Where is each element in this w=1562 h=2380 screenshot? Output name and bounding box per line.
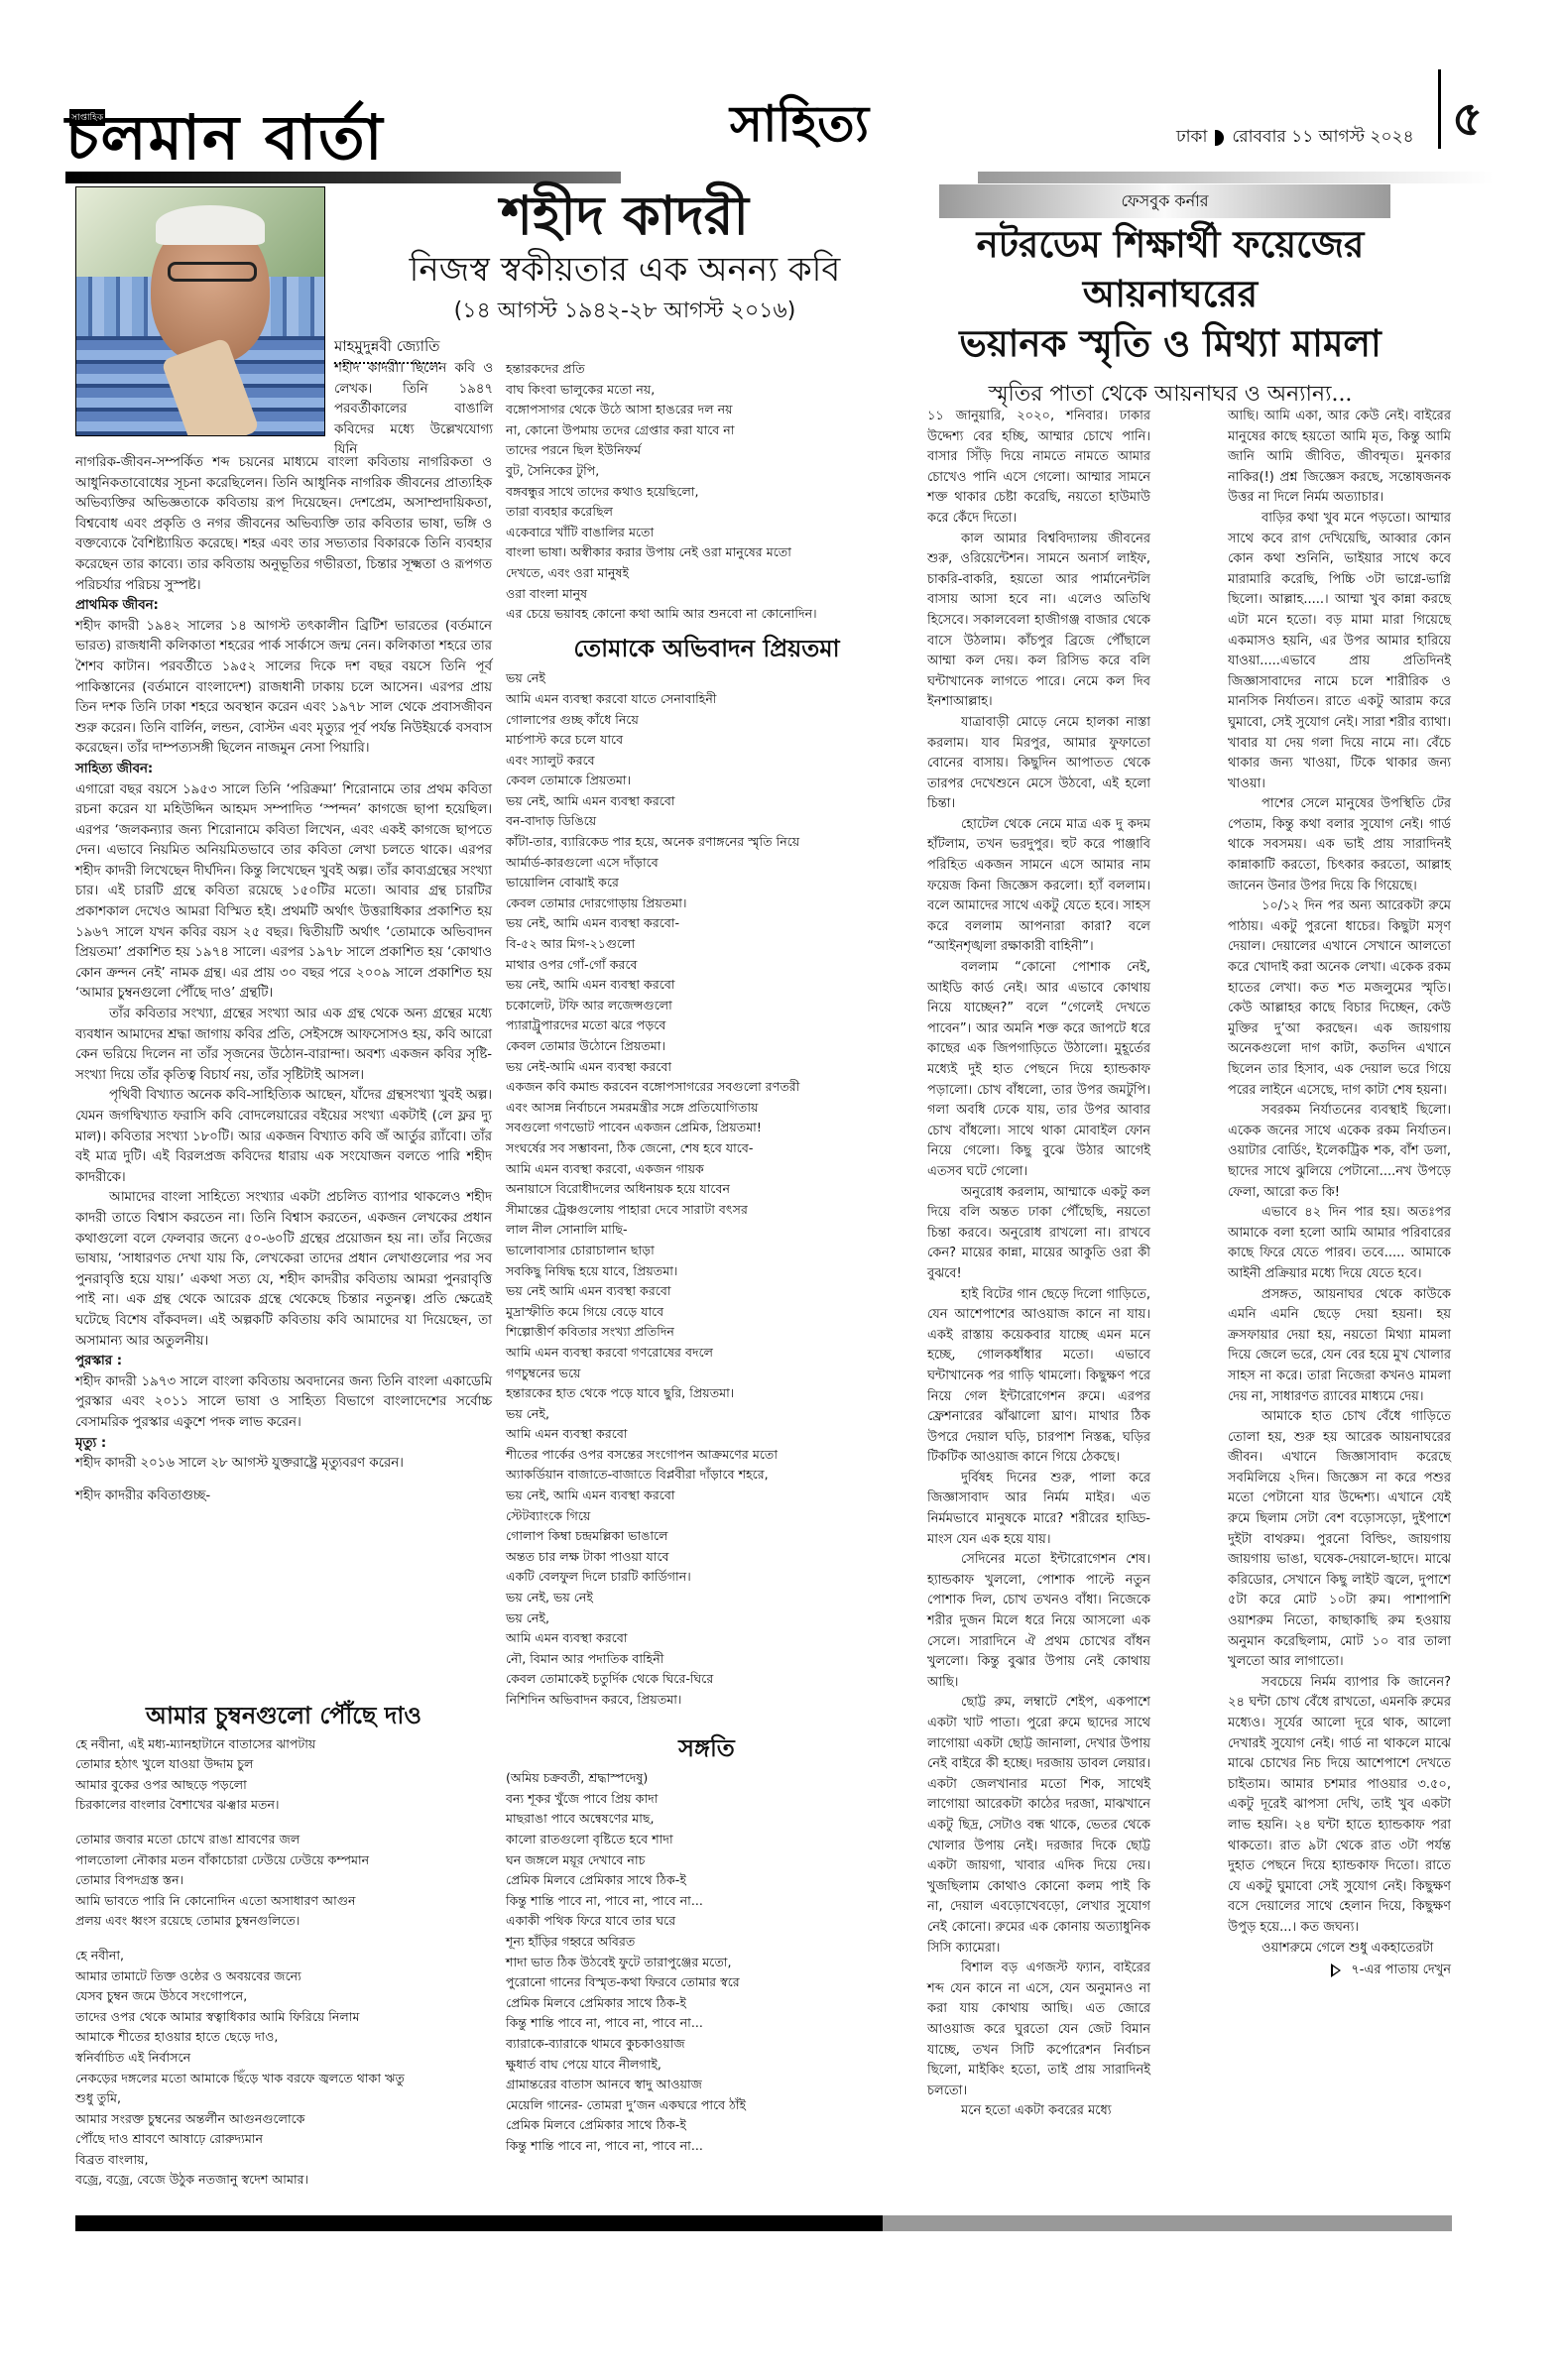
poem-line: ব্যারাকে-ব্যারাকে থামবে কুচকাওয়াজ <box>506 2034 907 2055</box>
poem-line: প্রেমিক মিলবে প্রেমিকার সাথে ঠিক-ই <box>506 1993 907 2014</box>
paragraph: এভাবে ৪২ দিন পার হয়। অতঃপর আমাকে বলা হল… <box>1228 1203 1451 1284</box>
poem-line: কেবল তোমাকেই চতুর্দিক থেকে ঘিরে-ঘিরে <box>506 1669 907 1690</box>
poem-line: আমার বুকের ওপর আছড়ে পড়লো <box>75 1775 492 1796</box>
poem-line: শূন্য হাঁড়ির গহ্বরে অবিরত <box>506 1932 907 1953</box>
paragraph: শহীদ কাদরী ২০১৬ সালে ২৮ আগস্ট যুক্তরাষ্ট… <box>75 1454 492 1475</box>
poem-line: ভয় নেই <box>506 668 907 689</box>
continued-text: ৭-এর পাতায় দেখুন <box>1351 1963 1451 1977</box>
poem-line: না, কোনো উপমায় তদের গ্রেপ্তার করা যাবে … <box>506 420 907 441</box>
continued-link[interactable]: ৭-এর পাতায় দেখুন <box>1228 1961 1451 1981</box>
poem-line: নেকড়ের দঙ্গলের মতো আমাকে ছিঁড়ে খাক বরফ… <box>75 2069 492 2089</box>
poem-title: সঙ্গতি <box>506 1738 907 1759</box>
poem-line: তাদের ওপর থেকে আমার স্বত্বাধিকার আমি ফির… <box>75 2007 492 2028</box>
logo-weekly-tag: সাপ্তাহিক <box>69 109 105 126</box>
poem-line: অন্তত চার লক্ষ টাকা পাওয়া যাবে <box>506 1547 907 1568</box>
poem-line: ভয় নেই, আমি এমন ব্যবস্থা করবো- <box>506 913 907 934</box>
article2-column-2: আছি। আমি একা, আর কেউ নেই। বাইরের মানুষের… <box>1228 407 1451 1981</box>
poem-line: প্রলয় এবং ধ্বংস রয়েছে তোমার চুম্বনগুলি… <box>75 1911 492 1932</box>
poem-line: কিন্তু শান্তি পাবে না, পাবে না, পাবে না.… <box>506 2136 907 2157</box>
poem-line: পৌঁছে দাও শ্রাবণে আষাঢ়ে রোরুদ্যমান <box>75 2129 492 2150</box>
paragraph: বললাম “কোনো পোশাক নেই, আইডি কার্ড নেই। আ… <box>927 958 1150 1183</box>
masthead: সাপ্তাহিক চলমান বার্তা সাহিত্য ঢাকা রোবব… <box>65 69 1494 178</box>
poem-line: অ্যাকর্ডিয়ান বাজাতে-বাজাতে বিপ্লবীরা দা… <box>506 1465 907 1486</box>
paragraph: প্রসঙ্গত, আয়নাঘর থেকে কাউকে এমনি এমনি ছ… <box>1228 1285 1451 1408</box>
poem-line: তোমার জবার মতো চোখে রাঙা শ্রাবণের জল <box>75 1830 492 1850</box>
poem-line: কালো রাতগুলো বৃষ্টিতে হবে শাদা <box>506 1830 907 1850</box>
poem-line: আমাকে শীতের হাওয়ার হাতে ছেড়ে দাও, <box>75 2027 492 2048</box>
poem-line: একটি বেলফুল দিলে চারটি কার্ডিগান। <box>506 1567 907 1588</box>
poem-songoti: বন্য শূকর খুঁজে পাবে প্রিয় কাদামাছরাঙা … <box>506 1789 907 2157</box>
poem-line: প্রেমিক মিলবে প্রেমিকার সাথে ঠিক-ই <box>506 2115 907 2136</box>
paragraph: আছি। আমি একা, আর কেউ নেই। বাইরের মানুষের… <box>1228 407 1451 509</box>
paragraph: আমাদের বাংলা সাহিত্যে সংখ্যার একটা প্রচল… <box>75 1188 492 1352</box>
page-number-divider <box>1438 69 1441 149</box>
article1-subhead: নিজস্ব স্বকীয়তার এক অনন্য কবি <box>337 249 912 292</box>
article1-body: নাগরিক-জীবন-সম্পর্কিত শব্দ চয়নের মাধ্যম… <box>75 453 492 1506</box>
poem-line: ভয় নেই-আমি এমন ব্যবস্থা করবো <box>506 1057 907 1078</box>
footer-rule-grey <box>883 2215 1452 2231</box>
poem-line: বুট, সৈনিকের টুপি, <box>506 461 907 482</box>
half-circle-marker-icon <box>1215 130 1224 146</box>
poem-line: হন্তারকদের প্রতি <box>506 359 907 380</box>
poem-line: ভায়োলিন বোঝাই করে <box>506 873 907 893</box>
poem-line: তারা ব্যবহার করেছিল <box>506 502 907 523</box>
poem-line: এবং স্যালুট করবে <box>506 751 907 772</box>
paragraph: ছোট্ট রুম, লম্বাটে শেইপ, একপাশে একটা খাট… <box>927 1693 1150 1959</box>
dateline: ঢাকা রোববার ১১ আগস্ট ২০২৪ <box>1176 124 1414 152</box>
poem-line: হে নবীনা, এই মধ্য-ম্যানহাটানে বাতাসের ঝা… <box>75 1734 492 1755</box>
poem-line: ভয় নেই, <box>506 1404 907 1425</box>
poem-line: তোমার বিপদগ্রস্ত স্তন। <box>75 1870 492 1891</box>
poem-line: বি-৫২ আর মিগ-২১গুলো <box>506 934 907 955</box>
poem-line: সংঘর্ষের সব সম্ভাবনা, ঠিক জেনো, শেষ হবে … <box>506 1138 907 1159</box>
poem-line: শিল্পোত্তীর্ণ কবিতার সংখ্যা প্রতিদিন <box>506 1322 907 1343</box>
facebook-corner-banner: ফেসবুক কর্নার <box>939 184 1390 218</box>
poem-tomake-obhibadon: ভয় নেইআমি এমন ব্যবস্থা করবো যাতে সেনাবা… <box>506 668 907 1710</box>
paragraph: বিশাল বড় এগজস্ট ফ্যান, বাইরের শব্দ যেন … <box>927 1959 1150 2101</box>
poem-line: দেখতে, এবং ওরা মানুষই <box>506 563 907 584</box>
paragraph: সেদিনের মতো ইন্টারোগেশন শেষ। হ্যান্ডকাফ … <box>927 1550 1150 1693</box>
poem-line: ভয় নেই আমি এমন ব্যবস্থা করবো <box>506 1281 907 1302</box>
poem-line: নৌ, বিমান আর পদাতিক বাহিনী <box>506 1649 907 1670</box>
poem-line: বাঘ কিংবা ভালুকের মতো নয়, <box>506 380 907 401</box>
article2-headline-line1: নটরডেম শিক্ষার্থী ফয়েজের আয়নাঘরের <box>912 220 1428 319</box>
poem-line: চিরকালের বাংলার বৈশাখের ঝঞ্ঝার মতন। <box>75 1795 492 1816</box>
section-heading: পুরস্কার : <box>75 1352 492 1372</box>
paragraph: এগারো বছর বয়সে ১৯৫৩ সালে তিনি ‘পরিক্রমা… <box>75 780 492 1006</box>
section-heading: সাহিত্য জীবন: <box>75 760 492 780</box>
poem-line: ওরা বাংলা মানুষ <box>506 584 907 605</box>
article2-headline-line2: ভয়ানক স্মৃতি ও মিথ্যা মামলা <box>912 319 1428 369</box>
poem-line: একাকী পথিক ফিরে যাবে তার ঘরে <box>506 1911 907 1932</box>
poem-line: শীতের পার্কের ওপর বসন্তের সংগোপন আক্রমণে… <box>506 1445 907 1466</box>
poem-line: মার্চপাস্ট করে চলে যাবে <box>506 730 907 751</box>
poem-line: গণচুম্বনের ভয়ে <box>506 1364 907 1384</box>
paragraph: মনে হতো একটা কবরের মধ্যে <box>927 2101 1150 2122</box>
poem-line: স্বনির্বাচিত এই নির্বাসনে <box>75 2048 492 2069</box>
article1-headline-block: শহীদ কাদরী নিজস্ব স্বকীয়তার এক অনন্য কব… <box>337 186 912 330</box>
poem-line: আমি এমন ব্যবস্থা করবো <box>506 1424 907 1445</box>
poem-line: প্যারাট্রুপারদের মতো ঝরে পড়বে <box>506 1015 907 1036</box>
paragraph: তাঁর কবিতার সংখ্যা, গ্রন্থের সংখ্যা আর এ… <box>75 1005 492 1086</box>
poem-line: আমি এমন ব্যবস্থা করবো যাতে সেনাবাহিনী <box>506 689 907 710</box>
poem-line: মুদ্রাস্ফীতি কমে গিয়ে বেড়ে যাবে <box>506 1302 907 1323</box>
paragraph: আমাকে হাত চোখ বেঁধে গাড়িতে তোলা হয়, শু… <box>1228 1407 1451 1673</box>
poem-line: বঙ্গবন্ধুর সাথে তাদের কথাও হয়েছিলো, <box>506 482 907 503</box>
author-photo <box>75 186 325 436</box>
article1-dates: (১৪ আগস্ট ১৯৪২-২৮ আগস্ট ২০১৬) <box>337 294 912 330</box>
poem-line: ভয় নেই, আমি এমন ব্যবস্থা করবো <box>506 791 907 812</box>
poem-line: প্রেমিক মিলবে প্রেমিকার সাথে ঠিক-ই <box>506 1870 907 1891</box>
paragraph: অনুরোধ করলাম, আম্মাকে একটু কল দিয়ে বলি … <box>927 1183 1150 1285</box>
article2-column-1: ১১ জানুয়ারি, ২০২০, শনিবার। ঢাকার উদ্দেশ… <box>927 407 1150 2122</box>
poem-line: গ্রামান্তরের বাতাস আনবে স্বাদু আওয়াজ <box>506 2075 907 2095</box>
poem-line: ভয় নেই, ভয় নেই <box>506 1588 907 1608</box>
poem-line: ভয় নেই, আমি এমন ব্যবস্থা করবো <box>506 1486 907 1506</box>
logo-text: চলমান বার্তা <box>65 107 385 169</box>
paragraph: শহীদ কাদরী ১৯৪২ সালের ১৪ আগস্ট তৎকালীন ব… <box>75 617 492 760</box>
glasses-shape <box>168 262 257 282</box>
newspaper-logo[interactable]: সাপ্তাহিক চলমান বার্তা <box>65 79 385 169</box>
poem-line: বঙ্গোপসাগর থেকে উঠে আসা হাঙরের দল নয় <box>506 400 907 420</box>
article1-intro-short: শহীদ কাদরী। ছিলেন কবি ও লেখক। তিনি ১৯৪৭ … <box>334 359 493 461</box>
article1-headline: শহীদ কাদরী <box>337 186 912 245</box>
poem-line: বিব্রত বাংলায়, <box>75 2150 492 2171</box>
poem-line: অনায়াসে বিরোধীদলের অধিনায়ক হয়ে যাবেন <box>506 1179 907 1200</box>
paragraph: পাশের সেলে মানুষের উপস্থিতি টের পেতাম, ক… <box>1228 794 1451 896</box>
poem-body: হে নবীনা, এই মধ্য-ম্যানহাটানে বাতাসের ঝা… <box>75 1734 492 2191</box>
poem-line: ঘন জঙ্গলে ময়ূর দেখাবে নাচ <box>506 1850 907 1871</box>
paragraph: যাত্রাবাড়ী মোড়ে নেমে হালকা নাস্তা করলা… <box>927 713 1150 815</box>
poem-line: বন্য শূকর খুঁজে পাবে প্রিয় কাদা <box>506 1789 907 1810</box>
masthead-rule-right <box>978 172 1494 183</box>
paragraph: ১১ জানুয়ারি, ২০২০, শনিবার। ঢাকার উদ্দেশ… <box>927 407 1150 530</box>
poem-line: কিন্তু শান্তি পাবে না, পাবে না, পাবে না.… <box>506 1891 907 1912</box>
poem-line: মেয়েলি গানের- তোমরা দু’জন একঘরে পাবে ঠা… <box>506 2095 907 2116</box>
poem-line: লাল নীল সোনালি মাছি- <box>506 1220 907 1241</box>
poem-line: সবকিছু নিষিদ্ধ হয়ে যাবে, প্রিয়তমা। <box>506 1261 907 1282</box>
poem-line: গোলাপ কিম্বা চন্দ্রমল্লিকা ভাঙালে <box>506 1526 907 1547</box>
paragraph: পৃথিবী বিখ্যাত অনেক কবি-সাহিত্যিক আছেন, … <box>75 1086 492 1188</box>
section-title: সাহিত্য <box>730 87 869 170</box>
poem-line: কেবল তোমার উঠোনে প্রিয়তমা। <box>506 1036 907 1057</box>
paragraph: শহীদ কাদরী ১৯৭৩ সালে বাংলা কবিতায় অবদান… <box>75 1372 492 1434</box>
poem-title: তোমাকে অভিবাদন প্রিয়তমা <box>506 639 907 659</box>
poem-line: এর চেয়ে ভয়াবহ কোনো কথা আমি আর শুনবো না… <box>506 604 907 625</box>
poem-line: যেসব চুম্বন জমে উঠবে সংগোপনে, <box>75 1986 492 2007</box>
paragraph: দুর্বিষহ দিনের শুরু, পালা করে জিজ্ঞাসাবা… <box>927 1469 1150 1550</box>
section-heading: প্রাথমিক জীবন: <box>75 596 492 617</box>
poem-line: কেবল তোমার দোরগোড়ায় প্রিয়তমা। <box>506 893 907 914</box>
poem-line: কেবল তোমাকে প্রিয়তমা। <box>506 771 907 791</box>
poem-line: ভয় নেই, আমি এমন ব্যবস্থা করবো <box>506 975 907 996</box>
dateline-city: ঢাকা <box>1176 124 1207 152</box>
paragraph: কাল আমার বিশ্ববিদ্যালয় জীবনের শুরু, ওরি… <box>927 530 1150 713</box>
poem-line: হে নবীনা, <box>75 1946 492 1966</box>
poem-line: আর্মার্ড-কারগুলো এসে দাঁড়াবে <box>506 853 907 874</box>
poem-line: আমার তামাটে তিক্ত ওষ্ঠের ও অবয়বের জন্যে <box>75 1966 492 1987</box>
poem-line: স্টেটব্যাংকে গিয়ে <box>506 1506 907 1527</box>
article2-headline-block: নটরডেম শিক্ষার্থী ফয়েজের আয়নাঘরের ভয়া… <box>912 220 1428 414</box>
poem-line: তোমার হঠাৎ খুলে যাওয়া উদ্দাম চুল <box>75 1754 492 1775</box>
page-number: ৫ <box>1452 83 1483 162</box>
poem-line: কাঁটা-তার, ব্যারিকেড পার হয়ে, অনেক রণাঙ… <box>506 832 907 853</box>
paragraph: হাই বিটের গান ছেড়ে দিলো গাড়িতে, যেন আশ… <box>927 1285 1150 1469</box>
poem-line: সবগুলো গণভোট পাবেন একজন প্রেমিক, প্রিয়ত… <box>506 1118 907 1138</box>
poem-line: পালতোলা নৌকার মতন বাঁকাচোরা ঢেউয়ে ঢেউয়… <box>75 1850 492 1871</box>
poem-line: একেবারে খাঁটি বাঙালির মতো <box>506 523 907 543</box>
poem-line: আমি এমন ব্যবস্থা করবো <box>506 1628 907 1649</box>
poem-line: ভয় নেই, <box>506 1608 907 1629</box>
poem-line: শাদা ভাত ঠিক উঠবেই ফুটে তারাপুঞ্জের মতো, <box>506 1953 907 1973</box>
poem-line: ভালোবাসার চোরাচালান ছাড়া <box>506 1241 907 1261</box>
poem-line: হন্তারকের হাত থেকে পড়ে যাবে ছুরি, প্রিয… <box>506 1383 907 1404</box>
section-heading: মৃত্যু : <box>75 1434 492 1455</box>
paragraph: হোটেল থেকে নেমে মাত্র এক দু কদম হাঁটলাম,… <box>927 815 1150 958</box>
paragraph: ওয়াশরুমে গেলে শুধু একহাতেরটা <box>1228 1939 1451 1960</box>
poem-line: আমি এমন ব্যবস্থা করবো গণরোষের বদলে <box>506 1343 907 1364</box>
article1-intro: নাগরিক-জীবন-সম্পর্কিত শব্দ চয়নের মাধ্যম… <box>75 453 492 596</box>
dateline-date: রোববার ১১ আগস্ট ২০২৪ <box>1232 124 1413 152</box>
poem-line: ক্ষুধার্ত বাঘ পেয়ে যাবে নীলগাই, <box>506 2055 907 2076</box>
paragraph: সবচেয়ে নির্মম ব্যাপার কি জানেন? ২৪ ঘন্ট… <box>1228 1673 1451 1939</box>
paragraph: বাড়ির কথা খুব মনে পড়তো। আম্মার সাথে কব… <box>1228 509 1451 794</box>
poem-line: গোলাপের গুচ্ছ কাঁধে নিয়ে <box>506 710 907 731</box>
paragraph: ১০/১২ দিন পর অন্য আরেকটা রুমে পাঠায়। এক… <box>1228 896 1451 1101</box>
paragraph: সবরকম নির্যাতনের ব্যবস্থাই ছিলো। একেক জন… <box>1228 1101 1451 1203</box>
poem-dedication: (অমিয় চক্রবর্তী, শ্রদ্ধাস্পদেষু) <box>506 1768 907 1789</box>
poem-line: মাথার ওপর গোঁ-গোঁ করবে <box>506 955 907 976</box>
poem-line: কিন্তু শান্তি পাবে না, পাবে না, পাবে না.… <box>506 2013 907 2034</box>
poem-line: তাদের পরনে ছিল ইউনিফর্ম <box>506 440 907 461</box>
poem-amar-chumbon: আমার চুম্বনগুলো পৌঁছে দাও হে নবীনা, এই ম… <box>75 1706 492 2191</box>
masthead-rule-left <box>65 172 621 183</box>
poem-line: চকোলেট, টফি আর লজেন্সগুলো <box>506 996 907 1016</box>
poem-line: শুধু তুমি, <box>75 2088 492 2109</box>
poem-column: হন্তারকদের প্রতিবাঘ কিংবা ভালুকের মতো নয… <box>506 359 907 2156</box>
poem-line: সীমান্তের ট্রেঞ্চগুলোয় পাহারা দেবে সারা… <box>506 1200 907 1221</box>
poem-line: আমার সংরক্ত চুম্বনের অন্তর্লীন আগুনগুলোক… <box>75 2109 492 2130</box>
poem-title: আমার চুম্বনগুলো পৌঁছে দাও <box>75 1706 492 1726</box>
play-triangle-icon <box>1331 1963 1341 1977</box>
poem-line: আমি ভাবতে পারি নি কোনোদিন এতো অসাধারণ আগ… <box>75 1891 492 1912</box>
poem-line: এবং আসন্ন নির্বাচনে সমরমন্ত্রীর সঙ্গে প্… <box>506 1098 907 1119</box>
poems-intro: শহীদ কাদরীর কবিতাগুচ্ছ- <box>75 1487 492 1507</box>
footer-rule-black <box>75 2215 883 2231</box>
poem-hontarok-fragment: হন্তারকদের প্রতিবাঘ কিংবা ভালুকের মতো নয… <box>506 359 907 625</box>
poem-line: বন-বাদাড় ডিঙিয়ে <box>506 811 907 832</box>
poem-line: আমি এমন ব্যবস্থা করবো, একজন গায়ক <box>506 1159 907 1180</box>
poem-line: মাছরাঙা পাবে অন্বেষণের মাছ, <box>506 1809 907 1830</box>
poem-line: নিশিদিন অভিবাদন করবে, প্রিয়তমা। <box>506 1690 907 1711</box>
poem-line: পুরোনো গানের বিস্মৃত-কথা ফিরবে তোমার স্ব… <box>506 1972 907 1993</box>
poem-line: একজন কবি কমান্ড করবেন বঙ্গোপসাগরের সবগুল… <box>506 1077 907 1098</box>
poem-line: বজ্রে, বজ্রে, বেজে উঠুক নতজানু স্বদেশ আম… <box>75 2170 492 2191</box>
poem-line: বাংলা ভাষা। অস্বীকার করার উপায় নেই ওরা … <box>506 542 907 563</box>
